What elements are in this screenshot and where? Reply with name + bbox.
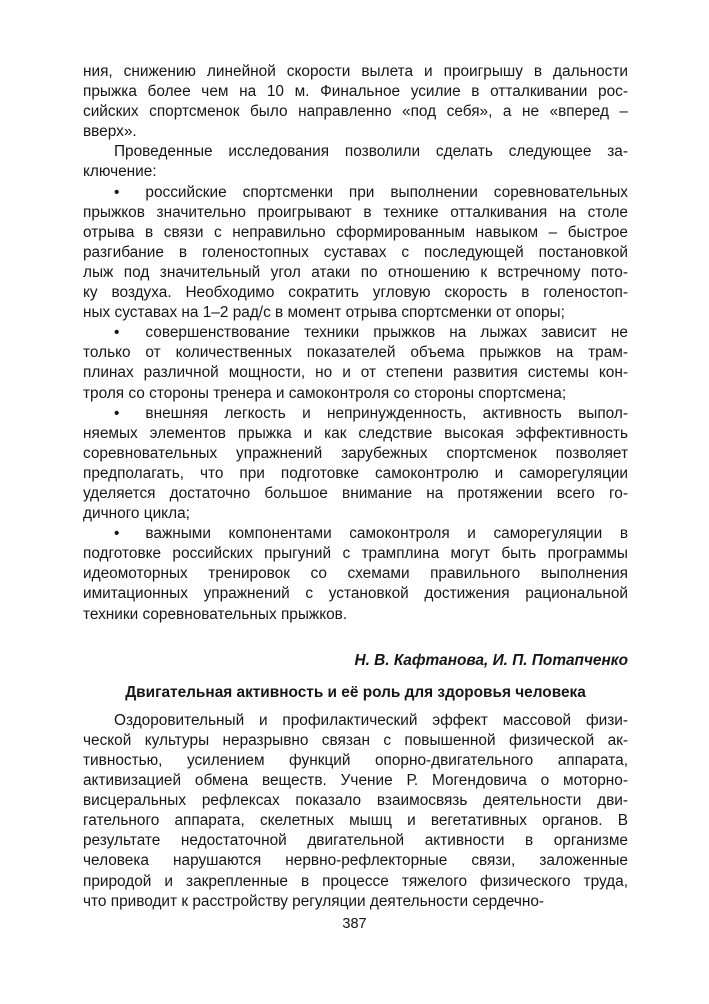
- text-line: только от количественных показателей объ…: [83, 343, 628, 363]
- bullet-icon: •: [114, 525, 119, 542]
- paragraph: •совершенствование техники прыжков на лы…: [83, 323, 628, 403]
- bullet-icon: •: [114, 324, 119, 341]
- bullet-icon: •: [114, 184, 119, 201]
- text-line: •совершенствование техники прыжков на лы…: [83, 323, 628, 343]
- text-line: висцеральных рефлексах показало взаимосв…: [83, 791, 628, 811]
- paragraph: •российские спортсменки при выполнении с…: [83, 183, 628, 324]
- bullet-icon: •: [114, 405, 119, 422]
- text-line: няемых элементов прыжка и как следствие …: [83, 424, 628, 444]
- text-line: результате недостаточной двигательной ак…: [83, 831, 628, 851]
- text-line: троля со стороны тренера и самоконтроля …: [83, 384, 628, 404]
- paragraph: Оздоровительный и профилактический эффек…: [83, 711, 628, 912]
- text-column: ния, снижению линейной скорости вылета и…: [83, 62, 628, 912]
- text-line: активизацией обмена веществ. Учение Р. М…: [83, 771, 628, 791]
- text-line: техники соревновательных прыжков.: [83, 605, 628, 625]
- text-line: идеомоторных тренировок со схемами прави…: [83, 564, 628, 584]
- paragraph: ния, снижению линейной скорости вылета и…: [83, 62, 628, 142]
- text-line: прыжков значительно проигрывают в техник…: [83, 203, 628, 223]
- document-page: ния, снижению линейной скорости вылета и…: [0, 0, 709, 1004]
- text-line: ческой культуры неразрывно связан с повы…: [83, 731, 628, 751]
- text-line: ку воздуха. Необходимо сократить угловую…: [83, 283, 628, 303]
- text-line: •внешняя легкость и непринужденность, ак…: [83, 404, 628, 424]
- authors-line: Н. В. Кафтанова, И. П. Потапченко: [83, 651, 628, 671]
- paragraph: Проведенные исследования позволили сдела…: [83, 142, 628, 182]
- text-line: подготовке российских прыгуний с трампли…: [83, 544, 628, 564]
- text-line: вверх».: [83, 122, 628, 142]
- new-article-body: Оздоровительный и профилактический эффек…: [83, 711, 628, 912]
- text-line: отрыва в связи с неправильно сформирован…: [83, 223, 628, 243]
- text-line: Проведенные исследования позволили сдела…: [83, 142, 628, 162]
- text-line: •российские спортсменки при выполнении с…: [83, 183, 628, 203]
- text-line: человека нарушаются нервно-рефлекторные …: [83, 851, 628, 871]
- previous-article-body: ния, снижению линейной скорости вылета и…: [83, 62, 628, 625]
- text-line: тивностью, усилением функций опорно-двиг…: [83, 751, 628, 771]
- text-line: что приводит к расстройству регуляции де…: [83, 892, 628, 912]
- text-line: ных суставах на 1–2 рад/с в момент отрыв…: [83, 303, 628, 323]
- text-line: разгибание в голеностопных суставах с по…: [83, 243, 628, 263]
- text-line: имитационных упражнений с установкой дос…: [83, 584, 628, 604]
- paragraph: •внешняя легкость и непринужденность, ак…: [83, 404, 628, 525]
- text-line: ния, снижению линейной скорости вылета и…: [83, 62, 628, 82]
- article-title: Двигательная активность и её роль для зд…: [83, 683, 628, 703]
- paragraph: •важными компонентами самоконтроля и сам…: [83, 524, 628, 624]
- text-line: сийских спортсменок было направленно «по…: [83, 102, 628, 122]
- text-line: Оздоровительный и профилактический эффек…: [83, 711, 628, 731]
- text-line: плинах различной мощности, но и от степе…: [83, 363, 628, 383]
- page-number: 387: [0, 916, 709, 932]
- text-line: •важными компонентами самоконтроля и сам…: [83, 524, 628, 544]
- text-line: гательного аппарата, скелетных мышц и ве…: [83, 811, 628, 831]
- text-line: природой и закрепленные в процессе тяжел…: [83, 872, 628, 892]
- text-line: дичного цикла;: [83, 504, 628, 524]
- text-line: лыж под значительный угол атаки по отнош…: [83, 263, 628, 283]
- text-line: соревновательных упражнений зарубежных с…: [83, 444, 628, 464]
- text-line: предполагать, что при подготовке самокон…: [83, 464, 628, 484]
- text-line: уделяется достаточно большое внимание на…: [83, 484, 628, 504]
- text-line: прыжка более чем на 10 м. Финальное усил…: [83, 82, 628, 102]
- text-line: ключение:: [83, 162, 628, 182]
